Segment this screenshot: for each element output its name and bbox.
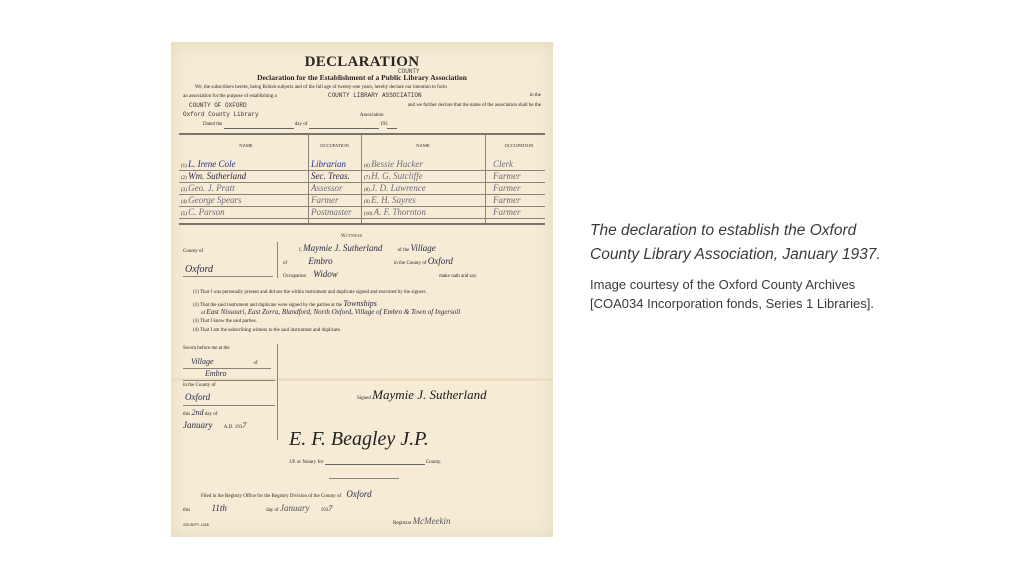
sworn-county: Oxford [185, 392, 210, 402]
intro-line-3: COUNTY OF OXFORD and we further declare … [183, 102, 541, 111]
sworn-county-label: in the County of [183, 383, 216, 388]
subscriber-row: (4) George Spears [181, 195, 242, 205]
subscriber-row: (3) Geo. J. Pratt [181, 183, 235, 193]
statement-1: (1) That I was personally present and di… [193, 290, 427, 295]
statement-2: (2) That the said instrument and duplica… [193, 299, 377, 308]
col-occupation-right: OCCUPATION [485, 143, 553, 148]
caption-block: The declaration to establish the Oxford … [590, 219, 890, 313]
subscriber-occupation: Farmer [493, 195, 521, 205]
subscriber-row: (9) E. H. Sayres [364, 195, 416, 205]
filed-date-line: this 11th day of January 1937 [183, 503, 332, 513]
signed-line: Signed Maymie J. Sutherland [357, 387, 487, 403]
declaration-document-image: DECLARATION COUNTY Declaration for the E… [171, 42, 553, 537]
subscriber-occupation: Sec. Treas. [311, 171, 350, 181]
col-name-right: NAME [361, 143, 485, 148]
sworn-place-name: Embro [205, 369, 226, 378]
divider [179, 223, 545, 225]
filed-line: Filed in the Registry Office for the Reg… [201, 489, 372, 499]
subscriber-occupation: Farmer [311, 195, 339, 205]
subscriber-occupation: Assessor [311, 183, 343, 193]
subscriber-row: (2) Wm. Sutherland [181, 171, 246, 181]
county-of-label: County of [183, 249, 203, 254]
col-occupation-left: OCCUPATION [308, 143, 361, 148]
intro-line-1: We, the subscribers hereto, being Britis… [183, 84, 541, 92]
statement-2-continued: of East Nissouri, East Zorra, Blandford,… [201, 308, 460, 316]
form-code: 200-SEPT.-1928 [183, 523, 209, 527]
witness-place-line: of Embro in the County of Oxford [283, 256, 453, 266]
sworn-label: Sworn before me at the [183, 346, 230, 351]
document-subtitle: Declaration for the Establishment of a P… [171, 73, 553, 82]
witness-name-line: I, Maymie J. Sutherland of the Village [299, 243, 436, 253]
sworn-place-type: Villageof [191, 357, 258, 366]
subscriber-occupation: Librarian [311, 159, 346, 169]
sworn-month-line: January A.D. 1937 [183, 420, 246, 430]
jp-line: J.P. or Notary for County. [289, 460, 441, 465]
county-value: Oxford [185, 264, 213, 275]
subscriber-row: (5) C. Parson [181, 207, 225, 217]
witness-occupation-line: Occupation Widow make oath and say: [283, 269, 478, 279]
subscriber-row: (7) H. G. Sutcliffe [364, 171, 423, 181]
sworn-day-line: this 2nd day of [183, 408, 217, 417]
subscriber-occupation: Farmer [493, 183, 521, 193]
intro-line-2: an association for the purpose of establ… [183, 92, 541, 101]
statement-4: (4) That I am the subscribing witness to… [193, 328, 341, 333]
subscriber-row: (10) A. F. Thornton [364, 207, 426, 217]
subscriber-row: (8) J. D. Lawrence [364, 183, 426, 193]
registrar-line: Registrar McMeekin [393, 516, 451, 526]
subscriber-occupation: Postmaster [311, 207, 352, 217]
subscriber-occupation: Farmer [493, 207, 521, 217]
divider [179, 133, 545, 135]
dated-line: Dated the day of 193 [183, 121, 541, 129]
subscriber-occupation: Clerk [493, 159, 513, 169]
statement-3: (3) That I know the said parties. [193, 319, 257, 324]
subscriber-occupation: Farmer [493, 171, 521, 181]
document-heading: DECLARATION [171, 54, 553, 71]
caption-title: The declaration to establish the Oxford … [590, 219, 890, 267]
subscriber-row: (1) L. Irene Cole [181, 159, 236, 169]
col-name-left: NAME [191, 143, 301, 148]
subscriber-row: (6) Bessie Hacker [364, 159, 423, 169]
witness-heading: Witness [341, 233, 363, 239]
intro-paragraph: We, the subscribers hereto, being Britis… [183, 84, 541, 129]
caption-credit: Image courtesy of the Oxford County Arch… [590, 275, 890, 313]
intro-line-4: Oxford County Library Association [183, 111, 541, 120]
jp-signature: E. F. Beagley J.P. [289, 428, 429, 451]
